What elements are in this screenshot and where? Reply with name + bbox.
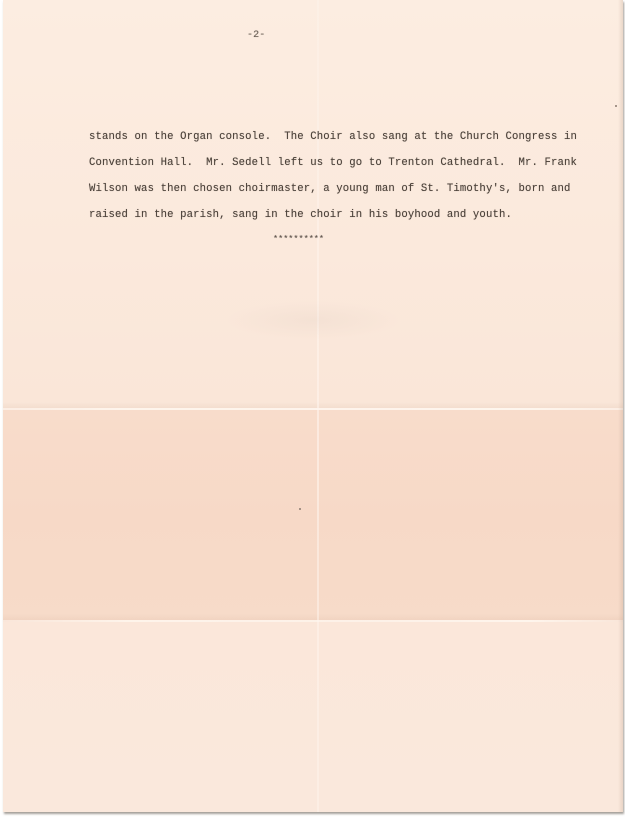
typewritten-page: -2- stands on the Organ console. The Cho…: [3, 0, 623, 812]
section-separator: **********: [273, 234, 324, 244]
paper-speck: [615, 105, 617, 107]
paragraph-line: Wilson was then chosen choirmaster, a yo…: [89, 183, 571, 195]
paragraph-line: raised in the parish, sang in the choir …: [89, 209, 512, 221]
horizontal-fold-line: [3, 408, 623, 410]
paper-upper-panel: [3, 0, 623, 410]
paragraph-line: stands on the Organ console. The Choir a…: [89, 131, 577, 143]
ink-bleed-through: [223, 300, 403, 340]
paragraph-line: Convention Hall. Mr. Sedell left us to g…: [89, 157, 577, 169]
paper-edge-shadow: [618, 0, 623, 812]
horizontal-fold-line: [3, 620, 623, 622]
paper-speck: [299, 508, 301, 510]
paper-lower-panel: [3, 622, 623, 812]
vertical-fold-line: [317, 0, 319, 812]
page-number: -2-: [247, 30, 265, 41]
paper-middle-panel: [3, 410, 623, 622]
